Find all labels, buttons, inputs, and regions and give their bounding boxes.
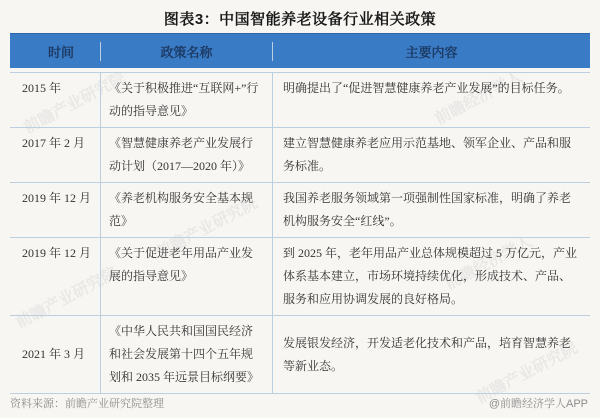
cell-policy: 《关于促进老年用品产业发展的指导意见》 bbox=[100, 238, 272, 315]
header-cell-content: 主要内容 bbox=[272, 42, 590, 61]
cell-policy: 《养老机构服务安全基本规范》 bbox=[100, 183, 272, 237]
cell-time: 2019 年 12 月 bbox=[10, 183, 100, 237]
cell-policy: 《中华人民共和国国民经济和社会发展第十四个五年规划和 2035 年远景目标纲要》 bbox=[100, 316, 272, 393]
cell-time: 2019 年 12 月 bbox=[10, 238, 100, 315]
cell-content: 到 2025 年，老年用品产业总体规模超过 5 万亿元，产业体系基本建立，市场环… bbox=[272, 238, 590, 315]
cell-time: 2015 年 bbox=[10, 73, 100, 127]
cell-content: 明确提出了“促进智慧健康养老产业发展”的目标任务。 bbox=[272, 73, 590, 127]
page-title: 图表3：中国智能养老设备行业相关政策 bbox=[0, 8, 600, 29]
policy-table: 时间 政策名称 主要内容 2015 年 《关于积极推进“互联网+”行动的指导意见… bbox=[10, 33, 590, 394]
cell-content: 发展银发经济，开发适老化技术和产品，培育智慧养老等新业态。 bbox=[272, 316, 590, 393]
cell-time: 2017 年 2 月 bbox=[10, 128, 100, 182]
table-row: 2019 年 12 月 《关于促进老年用品产业发展的指导意见》 到 2025 年… bbox=[10, 238, 590, 316]
cell-policy: 《智慧健康养老产业发展行动计划（2017—2020 年）》 bbox=[100, 128, 272, 182]
table-row: 2021 年 3 月 《中华人民共和国国民经济和社会发展第十四个五年规划和 20… bbox=[10, 316, 590, 394]
table-row: 2017 年 2 月 《智慧健康养老产业发展行动计划（2017—2020 年）》… bbox=[10, 128, 590, 183]
table-row: 2015 年 《关于积极推进“互联网+”行动的指导意见》 明确提出了“促进智慧健… bbox=[10, 73, 590, 128]
table-row: 2019 年 12 月 《养老机构服务安全基本规范》 我国养老服务领域第一项强制… bbox=[10, 183, 590, 238]
cell-time: 2021 年 3 月 bbox=[10, 316, 100, 393]
header-cell-time: 时间 bbox=[10, 42, 100, 61]
cell-policy: 《关于积极推进“互联网+”行动的指导意见》 bbox=[100, 73, 272, 127]
table-header-row: 时间 政策名称 主要内容 bbox=[10, 33, 590, 68]
header-cell-policy: 政策名称 bbox=[100, 42, 272, 61]
brand-credit: @前瞻经济学人APP bbox=[489, 395, 588, 411]
table-body: 2015 年 《关于积极推进“互联网+”行动的指导意见》 明确提出了“促进智慧健… bbox=[10, 72, 590, 394]
cell-content: 建立智慧健康养老应用示范基地、领军企业、产品和服务标准。 bbox=[272, 128, 590, 182]
footer: 资料来源：前瞻产业研究院整理 @前瞻经济学人APP bbox=[10, 395, 588, 411]
source-note: 资料来源：前瞻产业研究院整理 bbox=[10, 395, 164, 411]
cell-content: 我国养老服务领域第一项强制性国家标准，明确了养老机构服务安全“红线”。 bbox=[272, 183, 590, 237]
